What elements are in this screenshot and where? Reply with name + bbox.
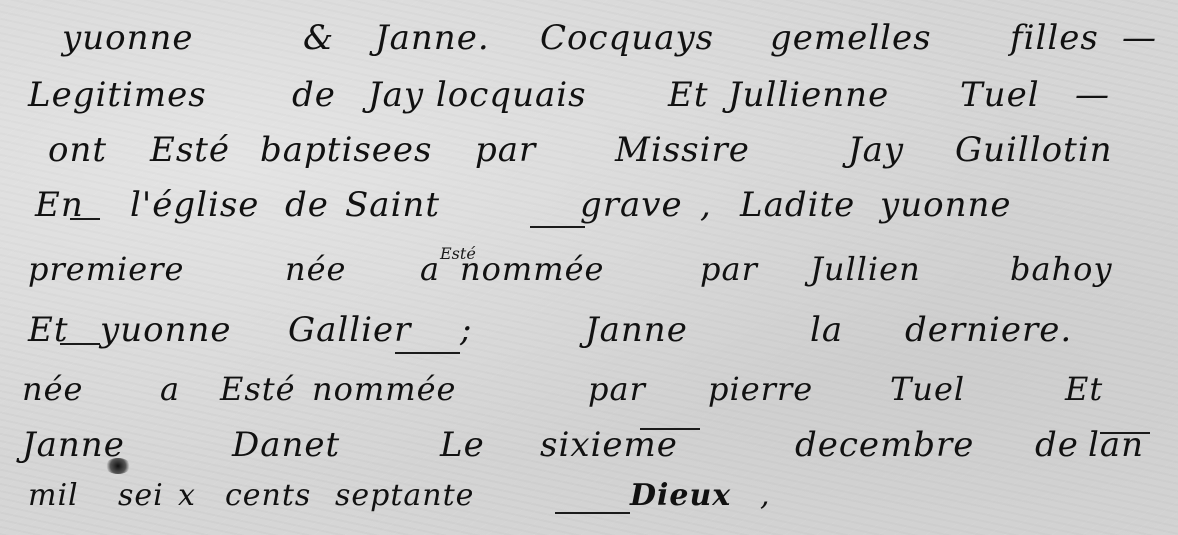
- word: pierre: [708, 370, 813, 408]
- word: nommée: [460, 250, 604, 288]
- word: ,: [760, 478, 771, 513]
- word: Janne: [585, 310, 688, 350]
- word: sei: [118, 478, 164, 513]
- word: premiere: [28, 250, 184, 288]
- register-page: yuonne & Janne. Cocquays gemelles filles…: [0, 0, 1178, 535]
- word: ont: [48, 130, 107, 170]
- word: baptisees: [260, 130, 432, 170]
- word: Saint: [345, 185, 440, 225]
- word: bahoy: [1010, 250, 1113, 288]
- word: Et: [1065, 370, 1103, 408]
- word: yuonne: [100, 310, 232, 350]
- word: l'église: [130, 185, 259, 225]
- flourish-underline: [60, 343, 100, 345]
- word: Jullienne: [728, 75, 889, 115]
- word: sixieme: [540, 425, 678, 465]
- word: Janne.: [375, 18, 490, 58]
- word: Guillotin: [955, 130, 1113, 170]
- word: par: [475, 130, 536, 170]
- word: filles: [1010, 18, 1099, 58]
- word: de: [285, 185, 329, 225]
- word: la: [810, 310, 843, 350]
- word: Esté: [220, 370, 296, 408]
- flourish-underline: [555, 512, 630, 514]
- word: a: [160, 370, 180, 408]
- word: —: [1075, 75, 1110, 115]
- word: ;: [460, 310, 472, 350]
- word: Jay locquais: [368, 75, 587, 115]
- flourish-underline: [530, 226, 585, 228]
- word: septante: [335, 478, 474, 513]
- word: née: [22, 370, 83, 408]
- word: Jullien: [810, 250, 921, 288]
- word: de: [1035, 425, 1079, 465]
- word: Ladite: [740, 185, 855, 225]
- word: Gallier: [288, 310, 411, 350]
- word: par: [700, 250, 758, 288]
- word: Et: [668, 75, 708, 115]
- word: nommée: [312, 370, 456, 408]
- word: Missire: [615, 130, 750, 170]
- word: gemelles: [770, 18, 932, 58]
- word: Legitimes: [28, 75, 207, 115]
- word: ,: [700, 185, 712, 225]
- word: cents: [225, 478, 311, 513]
- word: derniere.: [905, 310, 1072, 350]
- word: yuonne: [880, 185, 1012, 225]
- word: Jay: [848, 130, 904, 170]
- word: Cocquays: [540, 18, 714, 58]
- word: decembre: [795, 425, 974, 465]
- word: &: [303, 18, 334, 58]
- word: par: [588, 370, 646, 408]
- word: Tuel: [960, 75, 1040, 115]
- word: mil: [28, 478, 79, 513]
- word: de: [292, 75, 336, 115]
- word: yuonne: [62, 18, 194, 58]
- signature: Dieux: [630, 478, 731, 513]
- word: a: [420, 250, 440, 288]
- word: Tuel: [890, 370, 965, 408]
- ink-blot: [105, 458, 131, 474]
- word: grave: [580, 185, 683, 225]
- word: née: [285, 250, 346, 288]
- word: x: [178, 478, 196, 513]
- word: Le: [440, 425, 485, 465]
- word: Esté: [150, 130, 230, 170]
- word: Danet: [232, 425, 340, 465]
- flourish-underline: [395, 352, 460, 354]
- flourish-underline: [70, 218, 100, 220]
- word: —: [1122, 18, 1157, 58]
- word: lan: [1088, 425, 1144, 465]
